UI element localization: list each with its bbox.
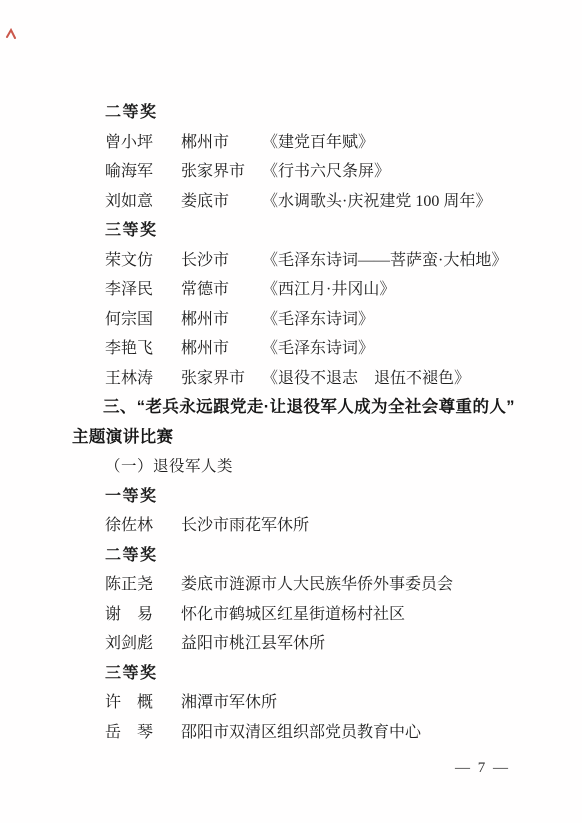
category-subheading: （一）退役军人类 bbox=[72, 452, 546, 482]
work-title: 《行书六尺条屏》 bbox=[262, 157, 390, 187]
winner-name: 刘如意 bbox=[72, 187, 181, 217]
section-heading-line1: 三、“老兵永远跟党走·让退役军人成为全社会尊重的人” bbox=[72, 393, 546, 423]
winner-organization: 长沙市雨花军休所 bbox=[181, 511, 309, 541]
winner-city: 郴州市 bbox=[181, 305, 262, 335]
award-row: 李泽民 常德市 《西江月·井冈山》 bbox=[72, 275, 546, 305]
award-row: 曾小坪 郴州市 《建党百年赋》 bbox=[72, 128, 546, 158]
winner-city: 张家界市 bbox=[181, 364, 262, 394]
award-row: 何宗国 郴州市 《毛泽东诗词》 bbox=[72, 305, 546, 335]
award-row: 李艳飞 郴州市 《毛泽东诗词》 bbox=[72, 334, 546, 364]
work-title: 《退役不退志 退伍不褪色》 bbox=[262, 364, 470, 394]
winner-name: 谢 易 bbox=[72, 600, 181, 630]
winner-name: 许 概 bbox=[72, 688, 181, 718]
work-title: 《毛泽东诗词——菩萨蛮·大柏地》 bbox=[262, 246, 507, 276]
work-title: 《建党百年赋》 bbox=[262, 128, 374, 158]
award-tier-label: 一等奖 bbox=[72, 482, 546, 512]
work-title: 《水调歌头·庆祝建党 100 周年》 bbox=[262, 187, 491, 217]
award-row: 谢 易 怀化市鹤城区红星街道杨村社区 bbox=[72, 600, 546, 630]
award-row: 岳 琴 邵阳市双清区组织部党员教育中心 bbox=[72, 718, 546, 748]
winner-name: 何宗国 bbox=[72, 305, 181, 335]
winner-name: 李艳飞 bbox=[72, 334, 181, 364]
winner-organization: 湘潭市军休所 bbox=[181, 688, 277, 718]
page-number: — 7 — bbox=[455, 760, 510, 777]
winner-city: 娄底市 bbox=[181, 187, 262, 217]
document-page: 二等奖 曾小坪 郴州市 《建党百年赋》 喻海军 张家界市 《行书六尺条屏》 刘如… bbox=[0, 0, 582, 823]
award-tier-label: 三等奖 bbox=[72, 659, 546, 689]
winner-name: 刘剑彪 bbox=[72, 629, 181, 659]
winner-city: 常德市 bbox=[181, 275, 262, 305]
winner-name: 徐佐林 bbox=[72, 511, 181, 541]
winner-city: 郴州市 bbox=[181, 334, 262, 364]
document-body: 二等奖 曾小坪 郴州市 《建党百年赋》 喻海军 张家界市 《行书六尺条屏》 刘如… bbox=[72, 98, 546, 747]
section-heading-line2: 主题演讲比赛 bbox=[72, 423, 546, 453]
work-title: 《毛泽东诗词》 bbox=[262, 305, 374, 335]
award-tier-label: 二等奖 bbox=[72, 98, 546, 128]
work-title: 《西江月·井冈山》 bbox=[262, 275, 395, 305]
winner-name: 曾小坪 bbox=[72, 128, 181, 158]
award-row: 王林涛 张家界市 《退役不退志 退伍不褪色》 bbox=[72, 364, 546, 394]
winner-organization: 邵阳市双清区组织部党员教育中心 bbox=[181, 718, 421, 748]
winner-name: 荣文仿 bbox=[72, 246, 181, 276]
winner-city: 郴州市 bbox=[181, 128, 262, 158]
winner-name: 陈正尧 bbox=[72, 570, 181, 600]
winner-city: 长沙市 bbox=[181, 246, 262, 276]
winner-organization: 益阳市桃江县军休所 bbox=[181, 629, 325, 659]
winner-name: 李泽民 bbox=[72, 275, 181, 305]
winner-organization: 怀化市鹤城区红星街道杨村社区 bbox=[181, 600, 405, 630]
winner-organization: 娄底市涟源市人大民族华侨外事委员会 bbox=[181, 570, 453, 600]
award-row: 刘剑彪 益阳市桃江县军休所 bbox=[72, 629, 546, 659]
award-row: 荣文仿 长沙市 《毛泽东诗词——菩萨蛮·大柏地》 bbox=[72, 246, 546, 276]
award-row: 刘如意 娄底市 《水调歌头·庆祝建党 100 周年》 bbox=[72, 187, 546, 217]
award-tier-label: 三等奖 bbox=[72, 216, 546, 246]
work-title: 《毛泽东诗词》 bbox=[262, 334, 374, 364]
winner-name: 喻海军 bbox=[72, 157, 181, 187]
winner-city: 张家界市 bbox=[181, 157, 262, 187]
winner-name: 岳 琴 bbox=[72, 718, 181, 748]
winner-name: 王林涛 bbox=[72, 364, 181, 394]
award-row: 陈正尧 娄底市涟源市人大民族华侨外事委员会 bbox=[72, 570, 546, 600]
award-row: 许 概 湘潭市军休所 bbox=[72, 688, 546, 718]
award-row: 徐佐林 长沙市雨花军休所 bbox=[72, 511, 546, 541]
award-row: 喻海军 张家界市 《行书六尺条屏》 bbox=[72, 157, 546, 187]
red-ink-mark bbox=[5, 28, 18, 41]
award-tier-label: 二等奖 bbox=[72, 541, 546, 571]
